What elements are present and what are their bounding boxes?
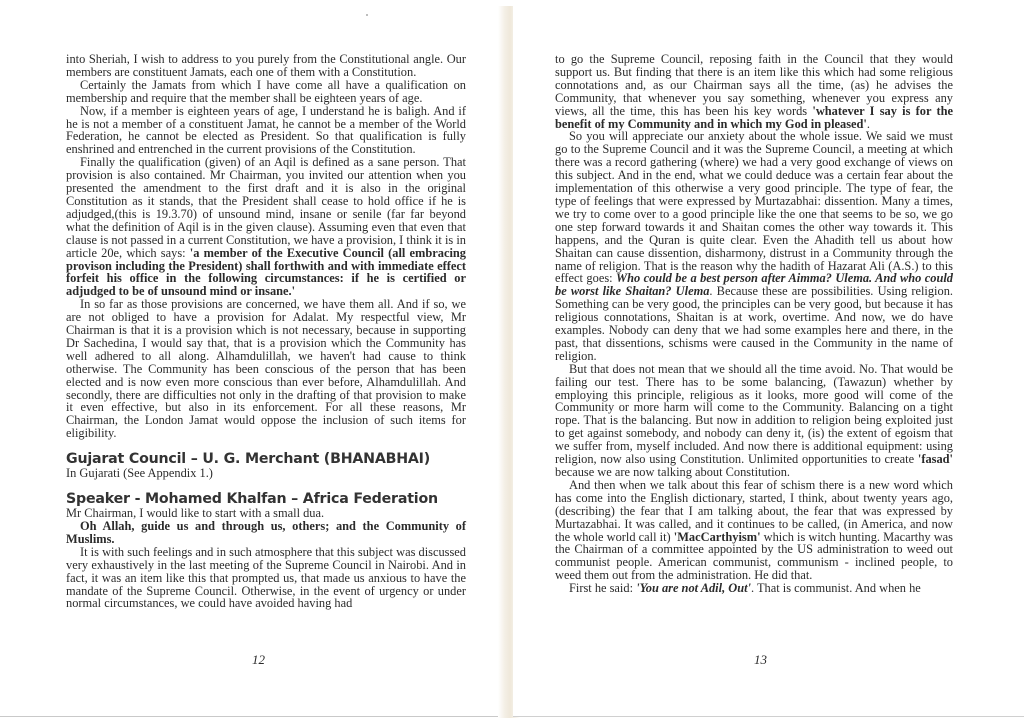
section-heading: Gujarat Council – U. G. Merchant (BHANAB…	[66, 451, 466, 467]
paragraph: to go the Supreme Council, reposing fait…	[555, 53, 953, 130]
paragraph-text: .	[867, 117, 870, 131]
paragraph: Now, if a member is eighteen years of ag…	[66, 105, 466, 157]
paragraph: First he said: 'You are not Adil, Out'. …	[555, 582, 953, 595]
paragraph-text: But that does not mean that we should al…	[555, 362, 953, 466]
paragraph: So you will appreciate our anxiety about…	[555, 130, 953, 362]
emphasized-word: 'MacCarthyism'	[674, 530, 761, 544]
page-number: 12	[252, 652, 265, 668]
book-spread: into Sheriah, I wish to address to you p…	[0, 0, 1024, 724]
quoted-phrase: 'You are not Adil, Out'	[636, 581, 751, 595]
section-subline: In Gujarati (See Appendix 1.)	[66, 467, 466, 480]
paragraph: into Sheriah, I wish to address to you p…	[66, 53, 466, 79]
emphasized-word: 'fasad'	[918, 452, 953, 466]
dua-text: Oh Allah, guide us and through us, other…	[66, 520, 466, 546]
paragraph-text: So you will appreciate our anxiety about…	[555, 129, 953, 285]
section-heading: Speaker - Mohamed Khalfan – Africa Feder…	[66, 491, 466, 507]
paragraph-text: First he said:	[569, 581, 636, 595]
right-page: to go the Supreme Council, reposing fait…	[513, 0, 1024, 717]
paragraph: It is with such feelings and in such atm…	[66, 546, 466, 611]
paragraph-text: Finally the qualification (given) of an …	[66, 155, 466, 259]
paragraph-text: because we are now talking about Constit…	[555, 465, 790, 479]
page-number: 13	[754, 652, 767, 668]
paragraph: And then when we talk about this fear of…	[555, 479, 953, 582]
paragraph: Certainly the Jamats from which I have c…	[66, 79, 466, 105]
paragraph: Finally the qualification (given) of an …	[66, 156, 466, 298]
paragraph: In so far as those provisions are concer…	[66, 298, 466, 440]
paragraph: But that does not mean that we should al…	[555, 363, 953, 479]
left-page-body: into Sheriah, I wish to address to you p…	[66, 53, 466, 610]
left-page: into Sheriah, I wish to address to you p…	[0, 0, 505, 717]
right-page-body: to go the Supreme Council, reposing fait…	[555, 53, 953, 595]
paper-speck	[366, 14, 368, 16]
paragraph-text: . That is communist. And when he	[751, 581, 921, 595]
